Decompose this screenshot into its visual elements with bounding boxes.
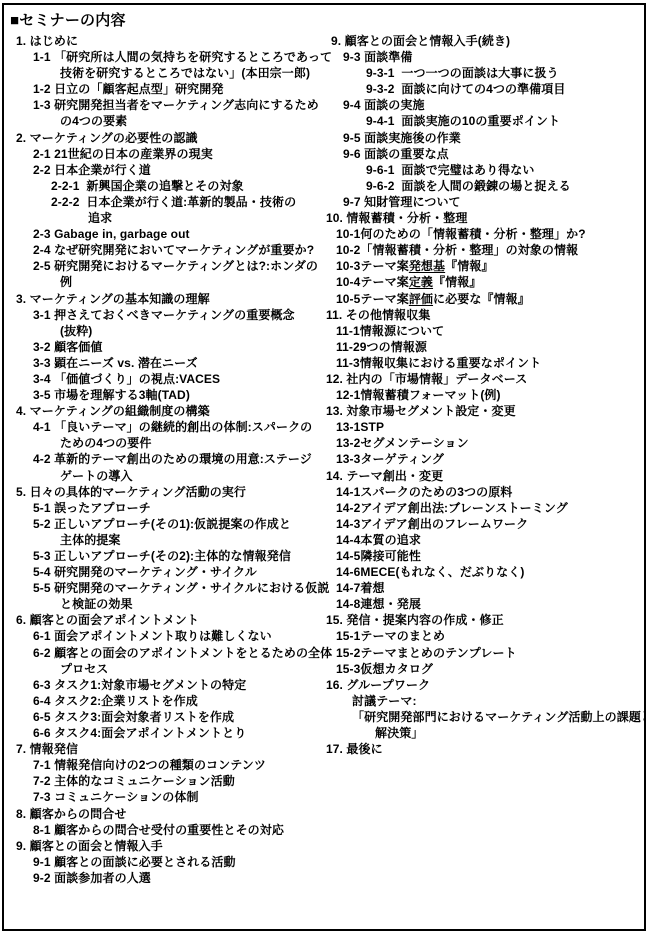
toc-line: 17. 最後に [326, 741, 646, 757]
toc-line: 5-2 正しいアプローチ(その1):仮説提案の作成と [6, 516, 326, 532]
toc-line: 1. はじめに [6, 33, 326, 49]
toc-line: 5-1 誤ったアプローチ [6, 500, 326, 516]
toc-line: 9-3 面談準備 [326, 49, 646, 65]
toc-line: 2-5 研究開発におけるマーケティングとは?:ホンダの [6, 258, 326, 274]
toc-line: 2-2-2 日本企業が行く道:革新的製品・技術の [6, 194, 326, 210]
toc-column-right: 9. 顧客との面会と情報入手(続き)9-3 面談準備9-3-1 一つ一つの面談は… [326, 33, 646, 886]
toc-line: 6-1 面会アポイントメント取りは難しくない [6, 628, 326, 644]
toc-line: 9-3-2 面談に向けての4つの準備項目 [326, 81, 646, 97]
toc-line: 6-4 タスク2:企業リストを作成 [6, 693, 326, 709]
toc-line: 8-1 顧客からの問合せ受付の重要性とその対応 [6, 822, 326, 838]
toc-line: 13-2セグメンテーション [326, 435, 646, 451]
toc-line: 3-5 市場を理解する3軸(TAD) [6, 387, 326, 403]
toc-line: 3. マーケティングの基本知識の理解 [6, 291, 326, 307]
toc-line: 4-2 革新的テーマ創出のための環境の用意:ステージ [6, 451, 326, 467]
toc-line: 14-1スパークのための3つの原料 [326, 484, 646, 500]
toc-line: 10-4テーマ案定義『情報』 [326, 274, 646, 290]
toc-line: 3-1 押さえておくべきマーケティングの重要概念 [6, 307, 326, 323]
toc-line: 2-2 日本企業が行く道 [6, 162, 326, 178]
toc-line: 13-1STP [326, 419, 646, 435]
toc-line: 14-8連想・発展 [326, 596, 646, 612]
underlined-term: 評価 [409, 292, 433, 306]
toc-line: 13. 対象市場セグメント設定・変更 [326, 403, 646, 419]
toc-line: 12-1情報蓄積フォーマット(例) [326, 387, 646, 403]
toc-line: 6-6 タスク4:面会アポイントメントとり [6, 725, 326, 741]
toc-line: 9-6-1 面談で完璧はあり得ない [326, 162, 646, 178]
toc-line: 技術を研究するところではない」(本田宗一郎) [6, 65, 326, 81]
toc-line: 3-3 顕在ニーズ vs. 潜在ニーズ [6, 355, 326, 371]
toc-line: 6-5 タスク3:面会対象者リストを作成 [6, 709, 326, 725]
toc-line: 14-2アイデア創出法:ブレーンストーミング [326, 500, 646, 516]
toc-line: 14-3アイデア創出のフレームワーク [326, 516, 646, 532]
toc-line: 15-2テーマまとめのテンプレート [326, 645, 646, 661]
toc-line-text: 『情報』 [433, 275, 481, 289]
toc-line: 討議テーマ: [326, 693, 646, 709]
toc-line: 「研究開発部門におけるマーケティング活動上の課題と [326, 709, 646, 725]
toc-line: 10-3テーマ案発想基『情報』 [326, 258, 646, 274]
toc-line: 7-1 情報発信向けの2つの種類のコンテンツ [6, 757, 326, 773]
toc-line: 6-2 顧客との面会のアポイントメントをとるための全体 [6, 645, 326, 661]
toc-line: 9. 顧客との面会と情報入手(続き) [326, 33, 646, 49]
toc-line: 9-6 面談の重要な点 [326, 146, 646, 162]
underlined-term: 定義 [409, 275, 433, 289]
toc-line: 14. テーマ創出・変更 [326, 468, 646, 484]
toc-line: 9-3-1 一つ一つの面談は大事に扱う [326, 65, 646, 81]
toc-line: 16. グループワーク [326, 677, 646, 693]
toc-line: 10-2「情報蓄積・分析・整理」の対象の情報 [326, 242, 646, 258]
toc-line: 9-4 面談の実施 [326, 97, 646, 113]
toc-line: 1-3 研究開発担当者をマーケティング志向にするため [6, 97, 326, 113]
toc-line: 9. 顧客との面会と情報入手 [6, 838, 326, 854]
toc-line: ための4つの要件 [6, 435, 326, 451]
toc-line: 8. 顧客からの問合せ [6, 806, 326, 822]
toc-line: 11. その他情報収集 [326, 307, 646, 323]
toc-line: 10-5テーマ案評価に必要な『情報』 [326, 291, 646, 307]
toc-line: 11-1情報源について [326, 323, 646, 339]
toc-line: 解決策」 [326, 725, 646, 741]
toc-line: 15-3仮想カタログ [326, 661, 646, 677]
toc-line: 主体的提案 [6, 532, 326, 548]
toc-line: 4. マーケティングの組織制度の構築 [6, 403, 326, 419]
toc-line-text: に必要な『情報』 [433, 292, 530, 306]
toc-line: 5-4 研究開発のマーケティング・サイクル [6, 564, 326, 580]
toc-line: 9-6-2 面談を人間の鍛錬の場と捉える [326, 178, 646, 194]
toc-line: (抜粋) [6, 323, 326, 339]
toc-line: 11-29つの情報源 [326, 339, 646, 355]
toc-column-left: 1. はじめに1-1 「研究所は人間の気持ちを研究するところであって技術を研究す… [6, 33, 326, 886]
toc-line-text: 10-4テーマ案 [336, 275, 409, 289]
toc-line: 5-5 研究開発のマーケティング・サイクルにおける仮説 [6, 580, 326, 596]
toc-line: 2-1 21世紀の日本の産業界の現実 [6, 146, 326, 162]
toc-line: 11-3情報収集における重要なポイント [326, 355, 646, 371]
toc-line: 9-1 顧客との面談に必要とされる活動 [6, 854, 326, 870]
toc-columns: 1. はじめに1-1 「研究所は人間の気持ちを研究するところであって技術を研究す… [4, 33, 644, 886]
toc-line: 13-3ターゲティング [326, 451, 646, 467]
toc-line-text: 『情報』 [445, 259, 493, 273]
toc-line: 6-3 タスク1:対象市場セグメントの特定 [6, 677, 326, 693]
toc-line: 12. 社内の「市場情報」データベース [326, 371, 646, 387]
toc-line: 7. 情報発信 [6, 741, 326, 757]
toc-line: 9-5 面談実施後の作業 [326, 130, 646, 146]
toc-line: 6. 顧客との面会アポイントメント [6, 612, 326, 628]
toc-line: 7-3 コミュニケーションの体制 [6, 789, 326, 805]
toc-line: の4つの要素 [6, 113, 326, 129]
toc-line: 例 [6, 274, 326, 290]
toc-line: 2-3 Gabage in, garbage out [6, 226, 326, 242]
underlined-term: 発想基 [409, 259, 445, 273]
toc-line: 3-2 顧客価値 [6, 339, 326, 355]
toc-line: 9-7 知財管理について [326, 194, 646, 210]
toc-line: ゲートの導入 [6, 468, 326, 484]
toc-line: 2-4 なぜ研究開発においてマーケティングが重要か? [6, 242, 326, 258]
toc-line-text: 10-5テーマ案 [336, 292, 409, 306]
toc-line: 3-4 「価値づくり」の視点:VACES [6, 371, 326, 387]
toc-line: 14-4本質の追求 [326, 532, 646, 548]
page-title: ■セミナーの内容 [4, 10, 644, 33]
seminar-contents-page: ■セミナーの内容 1. はじめに1-1 「研究所は人間の気持ちを研究するところで… [2, 3, 646, 931]
toc-line: 2-2-1 新興国企業の追撃とその対象 [6, 178, 326, 194]
toc-line: 追求 [6, 210, 326, 226]
toc-line: 7-2 主体的なコミュニケーション活動 [6, 773, 326, 789]
toc-line: 5-3 正しいアプローチ(その2):主体的な情報発信 [6, 548, 326, 564]
toc-line: 9-4-1 面談実施の10の重要ポイント [326, 113, 646, 129]
toc-line: 14-7着想 [326, 580, 646, 596]
toc-line: 2. マーケティングの必要性の認識 [6, 130, 326, 146]
toc-line: と検証の効果 [6, 596, 326, 612]
toc-line: 14-5隣接可能性 [326, 548, 646, 564]
toc-line-text: 10-3テーマ案 [336, 259, 409, 273]
toc-line: 1-1 「研究所は人間の気持ちを研究するところであって [6, 49, 326, 65]
toc-line: 5. 日々の具体的マーケティング活動の実行 [6, 484, 326, 500]
toc-line: 10. 情報蓄積・分析・整理 [326, 210, 646, 226]
toc-line: 15-1テーマのまとめ [326, 628, 646, 644]
toc-line: 4-1 「良いテーマ」の継続的創出の体制:スパークの [6, 419, 326, 435]
toc-line: 15. 発信・提案内容の作成・修正 [326, 612, 646, 628]
toc-line: 1-2 日立の「顧客起点型」研究開発 [6, 81, 326, 97]
toc-line: 14-6MECE(もれなく、だぶりなく) [326, 564, 646, 580]
toc-line: 9-2 面談参加者の人選 [6, 870, 326, 886]
toc-line: プロセス [6, 661, 326, 677]
toc-line: 10-1何のための「情報蓄積・分析・整理」か? [326, 226, 646, 242]
